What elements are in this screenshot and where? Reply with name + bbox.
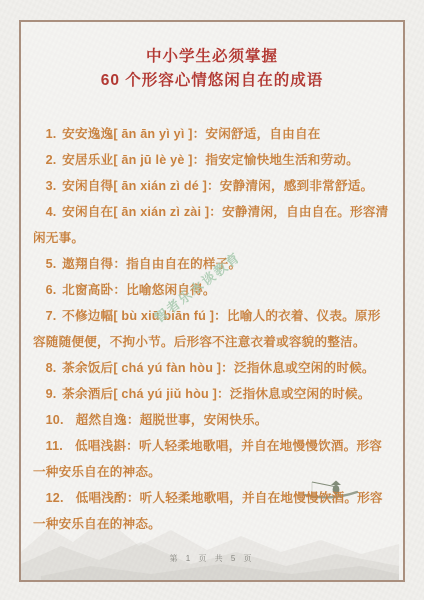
- item-number: 2.: [46, 153, 57, 167]
- item-number: 4.: [46, 205, 57, 219]
- item-text: 超然自逸：超脱世事，安闲快乐。: [76, 413, 268, 427]
- list-item: 2.安居乐业[ ān jū lè yè ]：指安定愉快地生活和劳动。: [33, 147, 393, 173]
- item-text: 茶余酒后[ chá yú jiǔ hòu ]：泛指休息或空闲的时候。: [62, 387, 370, 401]
- item-text: 低唱浅斟：听人轻柔地歌唱，并自在地慢慢饮酒。形容一种安乐自在的神态。: [33, 439, 382, 479]
- item-text: 安安逸逸[ ān ān yì yì ]：安闲舒适，自由自在: [62, 127, 320, 141]
- item-number: 12.: [46, 491, 64, 505]
- item-text: 安居乐业[ ān jū lè yè ]：指安定愉快地生活和劳动。: [62, 153, 359, 167]
- list-item: 8.茶余饭后[ chá yú fàn hòu ]：泛指休息或空闲的时候。: [33, 355, 393, 381]
- item-number: 8.: [46, 361, 57, 375]
- list-item: 9.茶余酒后[ chá yú jiǔ hòu ]：泛指休息或空闲的时候。: [33, 381, 393, 407]
- list-item: 4.安闲自在[ ān xián zì zài ]：安静清闲，自由自在。形容清闲无…: [33, 199, 393, 251]
- list-item: 1.安安逸逸[ ān ān yì yì ]：安闲舒适，自由自在: [33, 121, 393, 147]
- paper-background: 中小学生必须掌握 60 个形容心情悠闲自在的成语 1.安安逸逸[ ān ān y…: [0, 0, 424, 600]
- list-item: 11.低唱浅斟：听人轻柔地歌唱，并自在地慢慢饮酒。形容一种安乐自在的神态。: [33, 433, 393, 485]
- item-number: 11.: [46, 439, 63, 453]
- list-item: 10.超然自逸：超脱世事，安闲快乐。: [33, 407, 393, 433]
- item-number: 9.: [46, 387, 57, 401]
- item-number: 7.: [46, 309, 57, 323]
- item-text: 安闲自得[ ān xián zì dé ]：安静清闲，感到非常舒适。: [62, 179, 373, 193]
- item-number: 5.: [46, 257, 57, 271]
- item-text: 不修边幅[ bù xiū biān fú ]：比喻人的衣着、仪表。原形容随随便便…: [33, 309, 381, 349]
- list-item: 12.低唱浅酌：听人轻柔地歌唱，并自在地慢慢饮酒。形容一种安乐自在的神态。: [33, 485, 393, 537]
- title-line-2: 60 个形容心情悠闲自在的成语: [21, 69, 403, 93]
- item-number: 10.: [46, 413, 64, 427]
- list-item: 3.安闲自得[ ān xián zì dé ]：安静清闲，感到非常舒适。: [33, 173, 393, 199]
- item-text: 遨翔自得：指自由自在的样子。: [62, 257, 241, 271]
- document-title: 中小学生必须掌握 60 个形容心情悠闲自在的成语: [21, 45, 403, 93]
- item-text: 北窗高卧：比喻悠闲自得。: [62, 283, 216, 297]
- list-item: 7.不修边幅[ bù xiū biān fú ]：比喻人的衣着、仪表。原形容随随…: [33, 303, 393, 355]
- item-number: 1.: [46, 127, 57, 141]
- item-text: 低唱浅酌：听人轻柔地歌唱，并自在地慢慢饮酒。形容一种安乐自在的神态。: [33, 491, 383, 531]
- idiom-list: 1.安安逸逸[ ān ān yì yì ]：安闲舒适，自由自在2.安居乐业[ ā…: [33, 121, 393, 537]
- list-item: 5.遨翔自得：指自由自在的样子。: [33, 251, 393, 277]
- title-line-1: 中小学生必须掌握: [21, 45, 403, 69]
- screenshot-root: { "document": { "title_line1": "中小学生必须掌握…: [0, 0, 424, 600]
- item-number: 3.: [46, 179, 57, 193]
- item-text: 茶余饭后[ chá yú fàn hòu ]：泛指休息或空闲的时候。: [62, 361, 375, 375]
- item-number: 6.: [46, 283, 57, 297]
- list-item: 6.北窗高卧：比喻悠闲自得。: [33, 277, 393, 303]
- item-text: 安闲自在[ ān xián zì zài ]：安静清闲，自由自在。形容清闲无事。: [33, 205, 388, 245]
- page-number: 第 1 页 共 5 页: [21, 553, 403, 564]
- document-frame: 中小学生必须掌握 60 个形容心情悠闲自在的成语 1.安安逸逸[ ān ān y…: [19, 20, 405, 582]
